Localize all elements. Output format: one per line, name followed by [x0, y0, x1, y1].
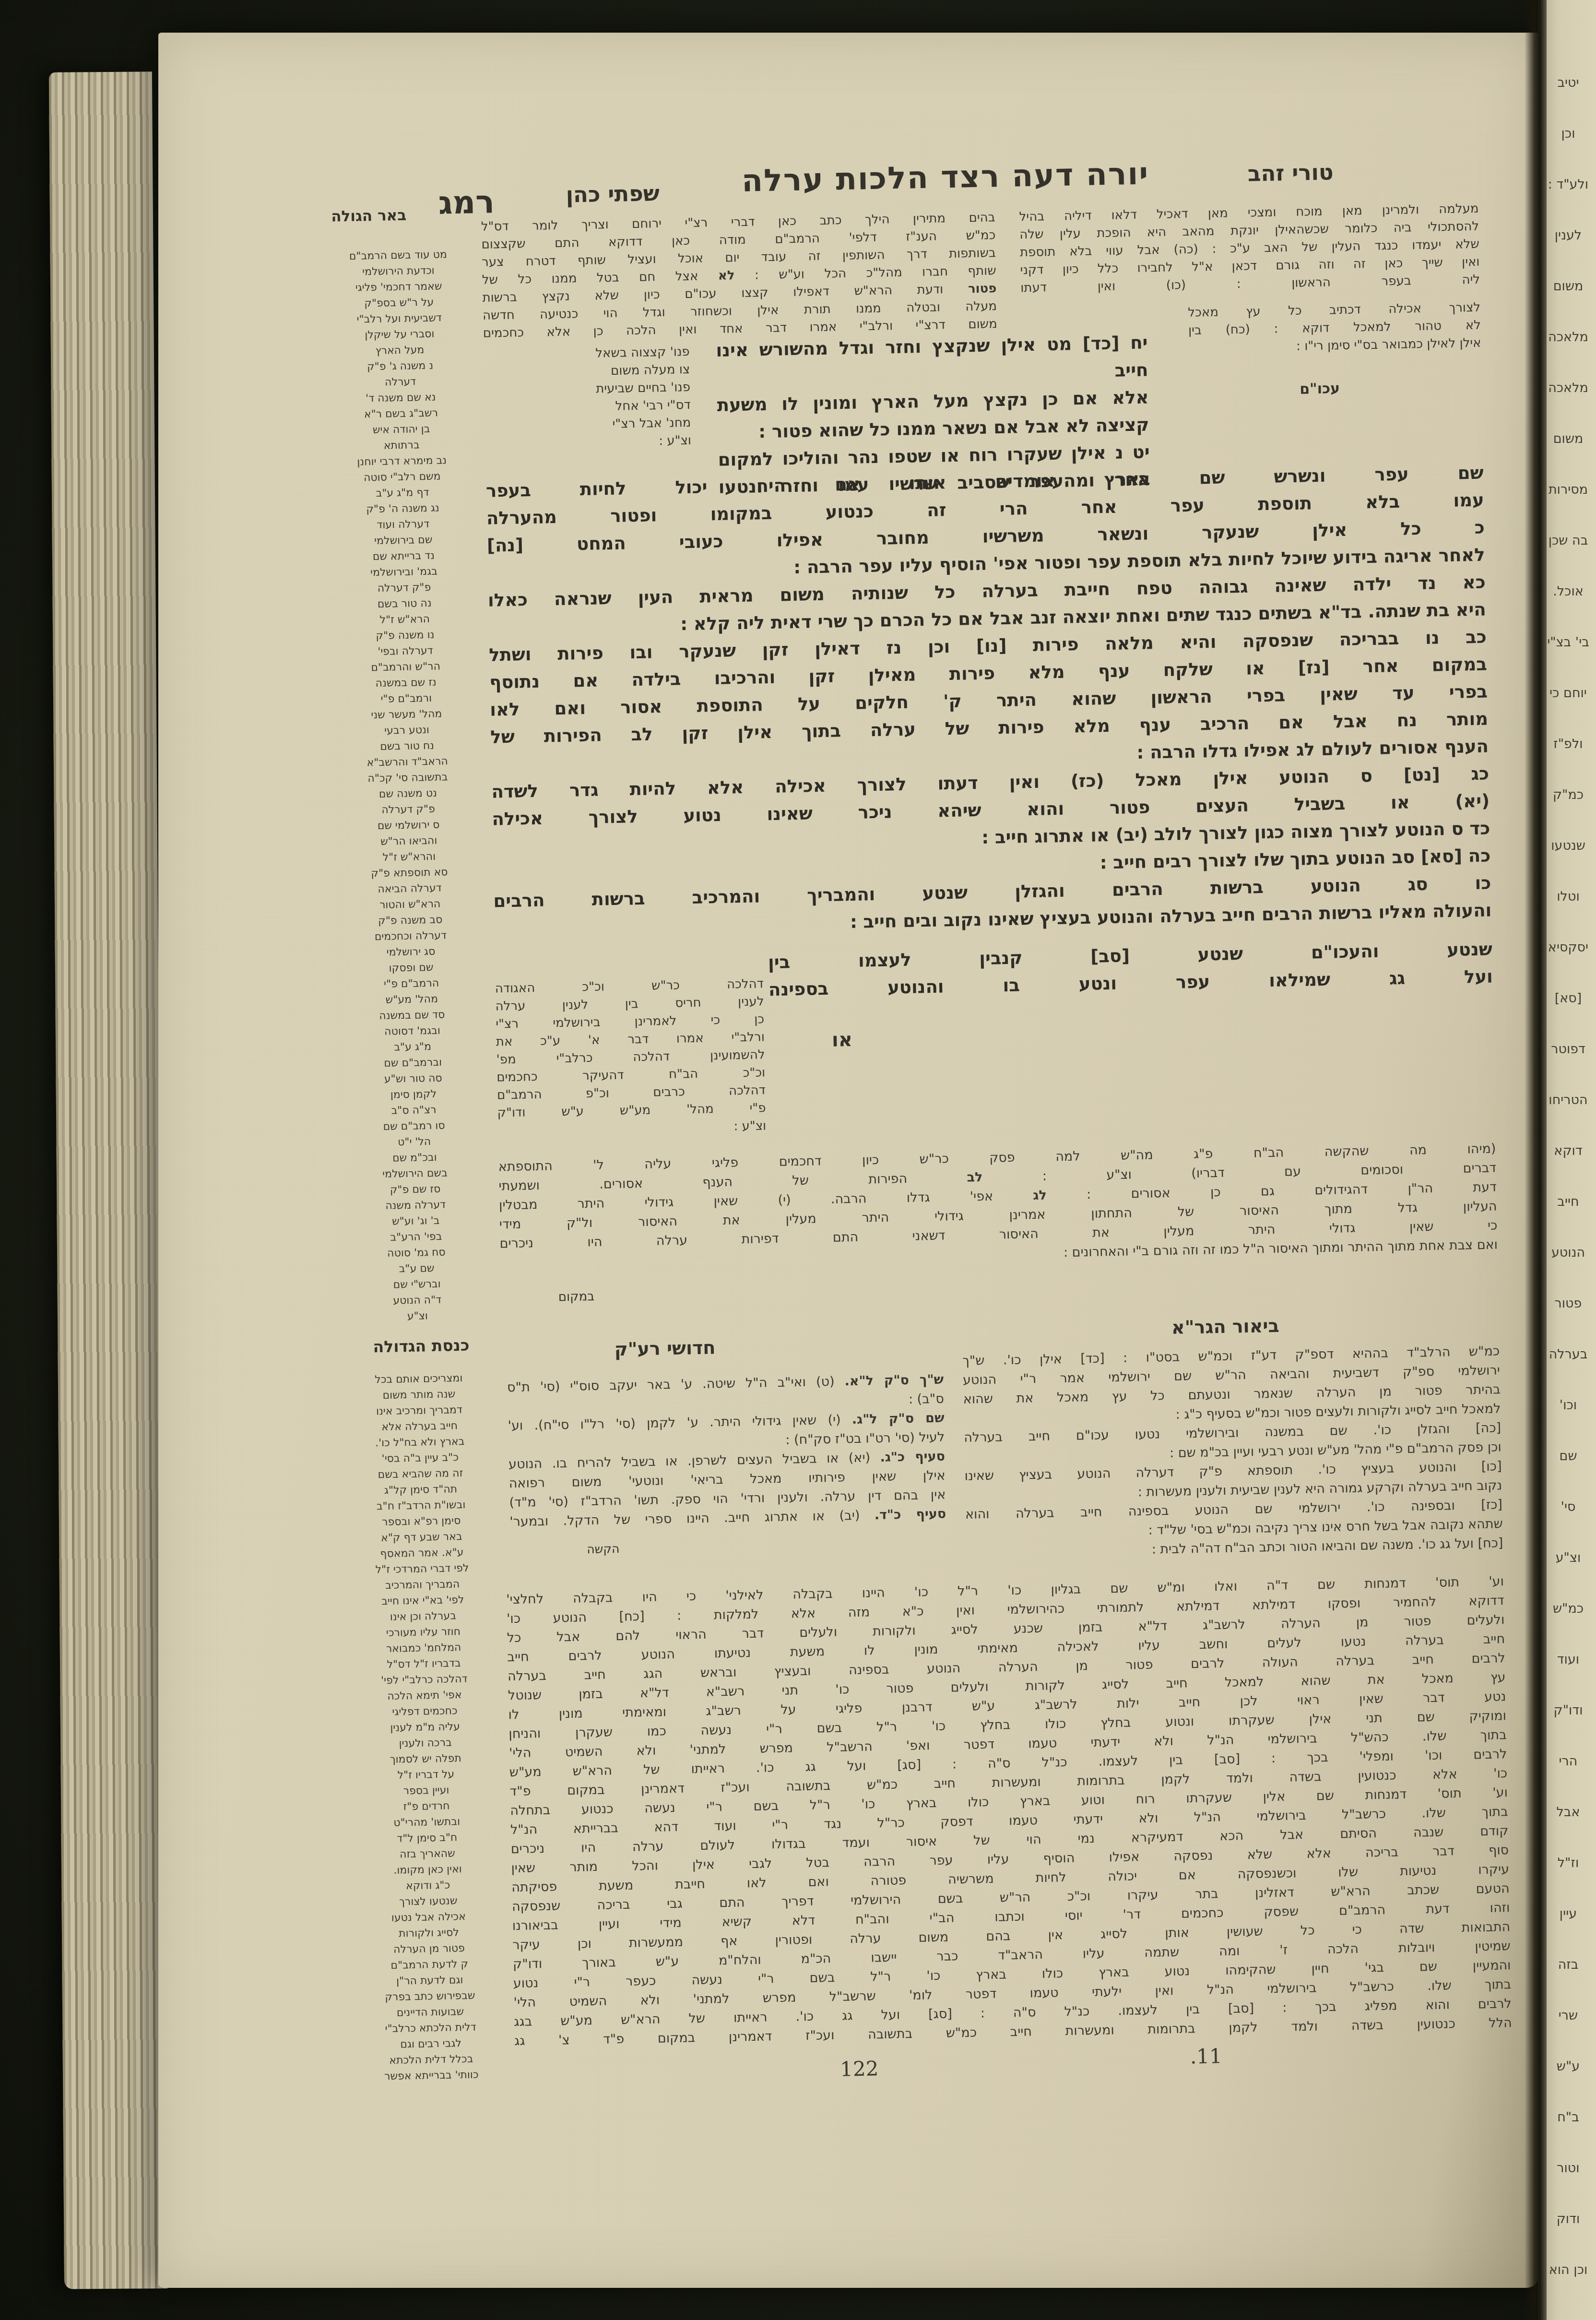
text-line: וטלו: [1542, 871, 1595, 922]
text-line: לענין: [1542, 210, 1595, 261]
text-line: פטור: [1542, 1278, 1595, 1329]
text-line: וז"ל: [1542, 1838, 1595, 1889]
taz-column-title: טורי זהב: [1248, 159, 1334, 186]
chidushei-rek-title: חדושי רע"ק: [614, 1337, 715, 1360]
text-line: שנטעו: [1542, 821, 1595, 871]
text-line: משום: [1542, 261, 1595, 312]
chidushei-rek-block: ש"ך ס"ק ל"א. (ט) ואי"ב ה"ל שיטה. ע' באר …: [507, 1370, 946, 1532]
text-line: כמ"ש: [1542, 1583, 1595, 1634]
taz-catchword: עכו"ם: [1300, 380, 1340, 398]
beer-hagolah-notes: מט עוד בשם הרמב"םוכדעת הירושלמישאמר דחכמ…: [323, 246, 493, 1325]
text-line: הטריחו: [1542, 1075, 1595, 1126]
text-line: ולפ"ז: [1542, 719, 1595, 770]
taz-narrow-block: לצורך אכילה דכתיב כל עץ מאכללא טהור למאכ…: [1188, 299, 1481, 357]
beur-hagra-title: ביאור הגר"א: [1171, 1315, 1279, 1338]
text-line: ודו"ק: [1542, 1685, 1595, 1736]
text-line: יח [כד] מט אילן שנקצץ וחזר וגדל מהשורש א…: [716, 329, 1148, 391]
text-line: וצ"ע: [1542, 1533, 1595, 1583]
kneset-hagedolah-title: כנסת הגדולה: [373, 1336, 470, 1356]
text-line: שם: [1542, 1431, 1595, 1482]
text-line: כוותי' בברייתא אפשר: [356, 2067, 507, 2085]
text-line: דוקא: [1542, 1126, 1595, 1177]
text-line: וכן הוא: [1542, 2245, 1595, 2296]
text-line: וטור: [1542, 2143, 1595, 2194]
text-line: מלאכה: [1542, 312, 1595, 363]
book-page: באר הגולה רמג שפתי כהן יורה דעה רצד הלכו…: [158, 33, 1539, 2288]
text-line: חייב: [1542, 1177, 1595, 1227]
kneset-hagedolah-notes: ומצריכים אותם בכלשנה מותר משוםדמבריך ומר…: [344, 1370, 507, 2085]
text-line: בזה: [1542, 1939, 1595, 1990]
book-gutter-shadow: [1525, 0, 1547, 2320]
shach-catchword: במקום: [558, 1289, 594, 1304]
text-line: משום: [1542, 414, 1595, 464]
shach-side-column: דהלכה כר"ש וכ"כ האגודהלענין חריס בין לענ…: [495, 975, 767, 1140]
text-line: [סא]: [1542, 973, 1595, 1024]
shach-bottom-block: (מיהו מה שהקשה הב"ח פ"ג מה"ש למה פסק כר"…: [498, 1139, 1498, 1273]
text-line: אבל: [1542, 1787, 1595, 1838]
text-line: הנוטע: [1542, 1227, 1595, 1278]
text-line: יטיב: [1542, 58, 1595, 108]
leaf-number: רמג: [438, 183, 495, 221]
text-line: מסירות: [1542, 464, 1595, 515]
text-line: בי' בצ"י: [1542, 617, 1595, 668]
page-title: יורה דעה רצד הלכות ערלה: [742, 156, 1149, 199]
text-line: וכו': [1542, 1380, 1595, 1431]
text-line: ולע"ד :: [1542, 159, 1595, 210]
beur-hagra-block: כמ"ש הרלב"ד בההיא דספ"ק דע"ז וכמ"ש בסט"ו…: [962, 1342, 1503, 1562]
text-line: וצ"ע: [343, 1307, 493, 1326]
text-line: סי': [1542, 1482, 1595, 1533]
text-line: בה שכן: [1542, 515, 1595, 566]
page-content: באר הגולה רמג שפתי כהן יורה דעה רצד הלכו…: [142, 21, 1564, 2301]
taz-top-block: מעלמה ולמרינן מאן מוכח ומצכי מאן דאכיל ד…: [1019, 200, 1480, 297]
shulchan-aruch-narrow-block: שנטע והעכו"ם שנטע [סב] קנבין לעצמו ביןוע…: [768, 935, 1493, 1003]
text-line: וצ"ע :: [485, 432, 692, 453]
shach-column-title: שפתי כהן: [566, 180, 660, 208]
shach-top-block: בהים מתירין הילך כתב כאן דברי רצ"י ירוחם…: [481, 209, 997, 343]
shach-narrow-block: פנו' קצצוה בשאלצו מעלה משוםפנו' בחיים שב…: [483, 343, 691, 453]
beer-hagolah-title: באר הגולה: [331, 207, 406, 226]
shulchan-aruch-taper-word: או: [832, 1029, 853, 1051]
bottom-commentary-block: וע' תוס' דמנחות שם ד"ה ואלו ומ"ש שם בגלי…: [506, 1572, 1512, 2051]
facing-page-text-fragments: יטיבוכןולע"ד :לעניןמשוםמלאכהמלאכהמשוםמסי…: [1542, 58, 1595, 2296]
text-line: יוחם כי: [1542, 668, 1595, 719]
text-line: דפוטר: [1542, 1024, 1595, 1075]
text-line: בערלה: [1542, 1329, 1595, 1380]
text-line: ע"ש: [1542, 2041, 1595, 2092]
text-line: ודוק: [1542, 2194, 1595, 2245]
text-line: מלאכה: [1542, 363, 1595, 414]
scanned-book-photo: { "page": { "header": { "leaf_number": "…: [0, 0, 1596, 2320]
text-line: הרי: [1542, 1736, 1595, 1787]
text-line: ועוד: [1542, 1634, 1595, 1685]
text-line: וכן: [1542, 108, 1595, 159]
rek-catchword: הקשה: [587, 1542, 620, 1556]
text-line: עיין: [1542, 1889, 1595, 1939]
text-line: יסקסיא: [1542, 922, 1595, 973]
text-line: שרי: [1542, 1990, 1595, 2041]
shulchan-aruch-main-block: שם עפר ונשרש שם בארץ אומדים אותו אם היה …: [485, 459, 1491, 942]
text-line: כמ"ק: [1542, 770, 1595, 821]
signature-mark: 11.: [1190, 2044, 1223, 2068]
text-line: ב"ח: [1542, 2092, 1595, 2143]
text-line: אוכל.: [1542, 566, 1595, 617]
facing-page-sliver: יטיבוכןולע"ד :לעניןמשוםמלאכהמלאכהמשוםמסי…: [1538, 0, 1596, 2320]
page-number: 122: [840, 2057, 879, 2081]
